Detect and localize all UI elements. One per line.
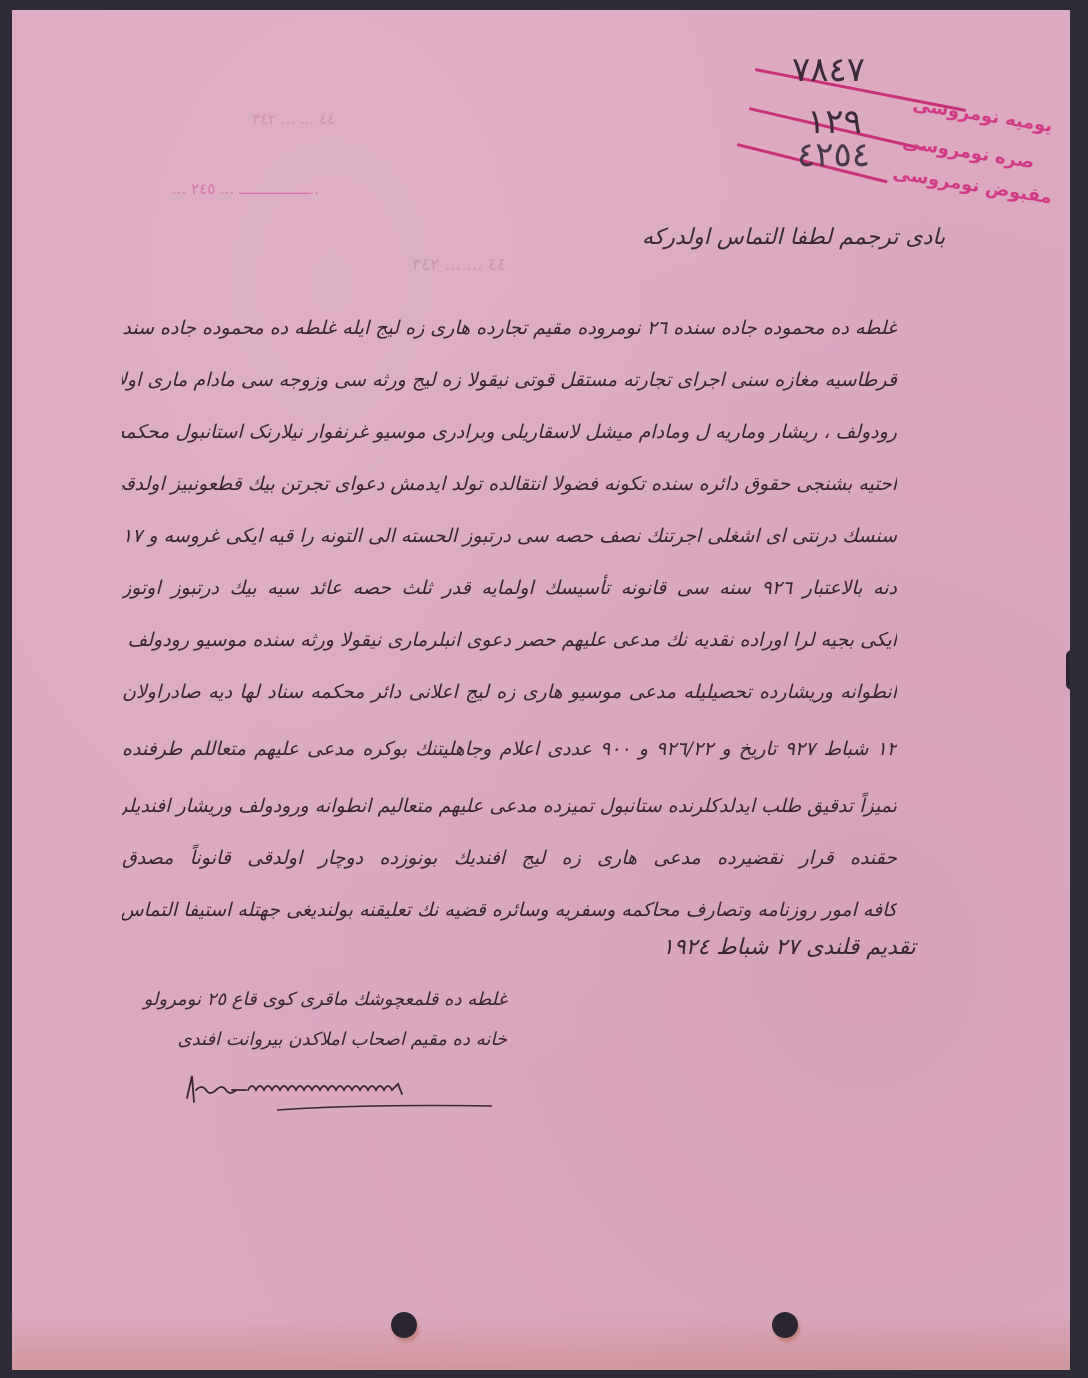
punch-hole [391,1312,417,1338]
punch-hole [772,1312,798,1338]
handwritten-signature [182,1068,502,1118]
bleed-through-text: ..ــــــــــــــــ ... ٢٤٥ ... [172,180,319,198]
document-page: ٤٤ ... ... ٣٤٢ ..ــــــــــــــــ ... ٢٤… [12,10,1078,1370]
address-line: خانه ده مقیم اصحاب املاکدن بیروانت افندی [227,1020,507,1060]
body-line: تمیزاً تدقیق طلب ایدلدکلرنده ستانبول تمی… [122,780,897,832]
scan-border [1070,10,1078,1370]
body-line: رودولف ، ریشار وماریه ل ومادام میشل لاسق… [122,406,897,458]
petition-body: غلطه ده محموده جاده سنده ٢٦ نومروده مقیم… [122,302,897,936]
registry-stamp: ٧٨٤٧ ١٢٩ ٤٢٥٤ یومیه نومروسی صره نومروسی … [737,50,1037,200]
bleed-through-text: ٤٤ ... ... ٣٤٢ [252,110,335,128]
body-line: ١٢ شباط ٩٢٧ تاریخ و ٩٢٦/٢٢ و ٩٠٠ عددی اع… [122,718,897,780]
body-line: انطوانه وریشارده تحصیلیله مدعی موسیو هار… [122,666,897,718]
received-number-value: ٤٢٥٤ [797,135,870,175]
daily-number-label: یومیه نومروسی [911,94,1054,137]
petition-heading: بادی ترجمم لطفا التماس اولدرکه [642,225,945,250]
body-line: حقنده قرار نقضیرده مدعی هاری زه لیج افند… [122,832,897,884]
address-line: غلطه ده قلمعچوشك ماقری کوی قاع ٢٥ نومرول… [227,980,507,1020]
sender-address: غلطه ده قلمعچوشك ماقری کوی قاع ٢٥ نومرول… [227,980,507,1060]
submission-date-line: تقدیم قلندی ٢٧ شباط ١٩٢٤ [662,935,916,960]
daily-number-value: ٧٨٤٧ [792,50,865,90]
body-line: غلطه ده محموده جاده سنده ٢٦ نومروده مقیم… [122,302,897,354]
body-line: کافه امور روزنامه وتصارف محاکمه وسفریه و… [122,884,897,936]
body-line: قرطاسیه مغازه سنی اجرای تجارته مستقل قوت… [122,354,897,406]
body-line: احتیه بشنجی حقوق دائره سنده تکونه فضولا … [122,458,897,510]
body-line: سنسك درنتی ای اشغلی اجرتنك نصف حصه سی در… [122,510,897,562]
body-line: ایکی بجیه لرا اوراده نقدیه نك مدعی علیهم… [122,614,897,666]
bleed-through-text: ٤٤ ... ... ٣٤٢ [412,255,506,275]
body-line: دنه بالاعتبار ٩٢٦ سنه سی قانونه تأسیسك ا… [122,562,897,614]
